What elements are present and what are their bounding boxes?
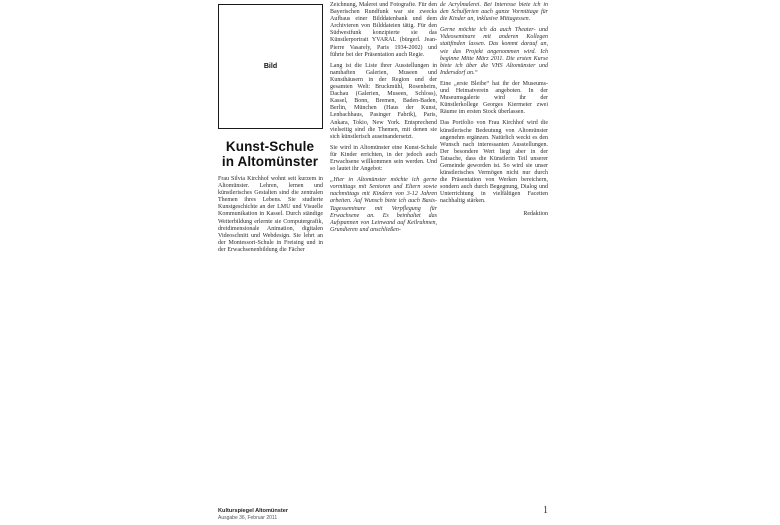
headline-line-1: Kunst-Schule — [210, 139, 330, 154]
paragraph-school-plan: Sie wird in Altomünster eine Kunst-Schul… — [330, 145, 437, 173]
page-footer: Kulturspiegel Altomünster Ausgabe 36, Fe… — [218, 508, 288, 521]
paragraph-quote-end: Gerne möchte ich da auch Theater- und Vi… — [440, 27, 548, 77]
paragraph-conclusion: Das Portfolio von Frau Kirchhof wird die… — [440, 120, 548, 205]
issue-info: Ausgabe 36, Februar 2011 — [218, 515, 288, 521]
publication-title: Kulturspiegel Altomünster — [218, 508, 288, 515]
paragraph-intro: Frau Silvia Kirchhof wohnt seit kurzem i… — [218, 176, 323, 254]
paragraph-biography: Zeichnung, Malerei und Fotografie. Für d… — [330, 2, 437, 59]
paragraph-exhibitions: Lang ist die Liste ihrer Ausstellungen i… — [330, 63, 437, 141]
image-placeholder: Bild — [218, 4, 323, 129]
newsletter-page: Bild Kunst-Schule in Altomünster Frau Si… — [0, 0, 780, 525]
column-2: Zeichnung, Malerei und Fotografie. Für d… — [330, 2, 437, 238]
paragraph-quote-start: „Hier in Altomünster möchte ich gerne vo… — [330, 177, 437, 234]
image-placeholder-label: Bild — [264, 63, 277, 70]
page-number: 1 — [528, 505, 548, 516]
paragraph-quote-continued: de Acrylmalerei. Bei Interesse biete ich… — [440, 2, 548, 23]
column-3: de Acrylmalerei. Bei Interesse biete ich… — [440, 2, 548, 222]
paragraph-museum: Eine „erste Bleibe“ hat ihr der Museums-… — [440, 81, 548, 116]
byline: Redaktion — [440, 211, 548, 218]
column-1: Frau Silvia Kirchhof wohnt seit kurzem i… — [218, 176, 323, 258]
article-headline: Kunst-Schule in Altomünster — [210, 139, 330, 169]
headline-line-2: in Altomünster — [210, 154, 330, 169]
